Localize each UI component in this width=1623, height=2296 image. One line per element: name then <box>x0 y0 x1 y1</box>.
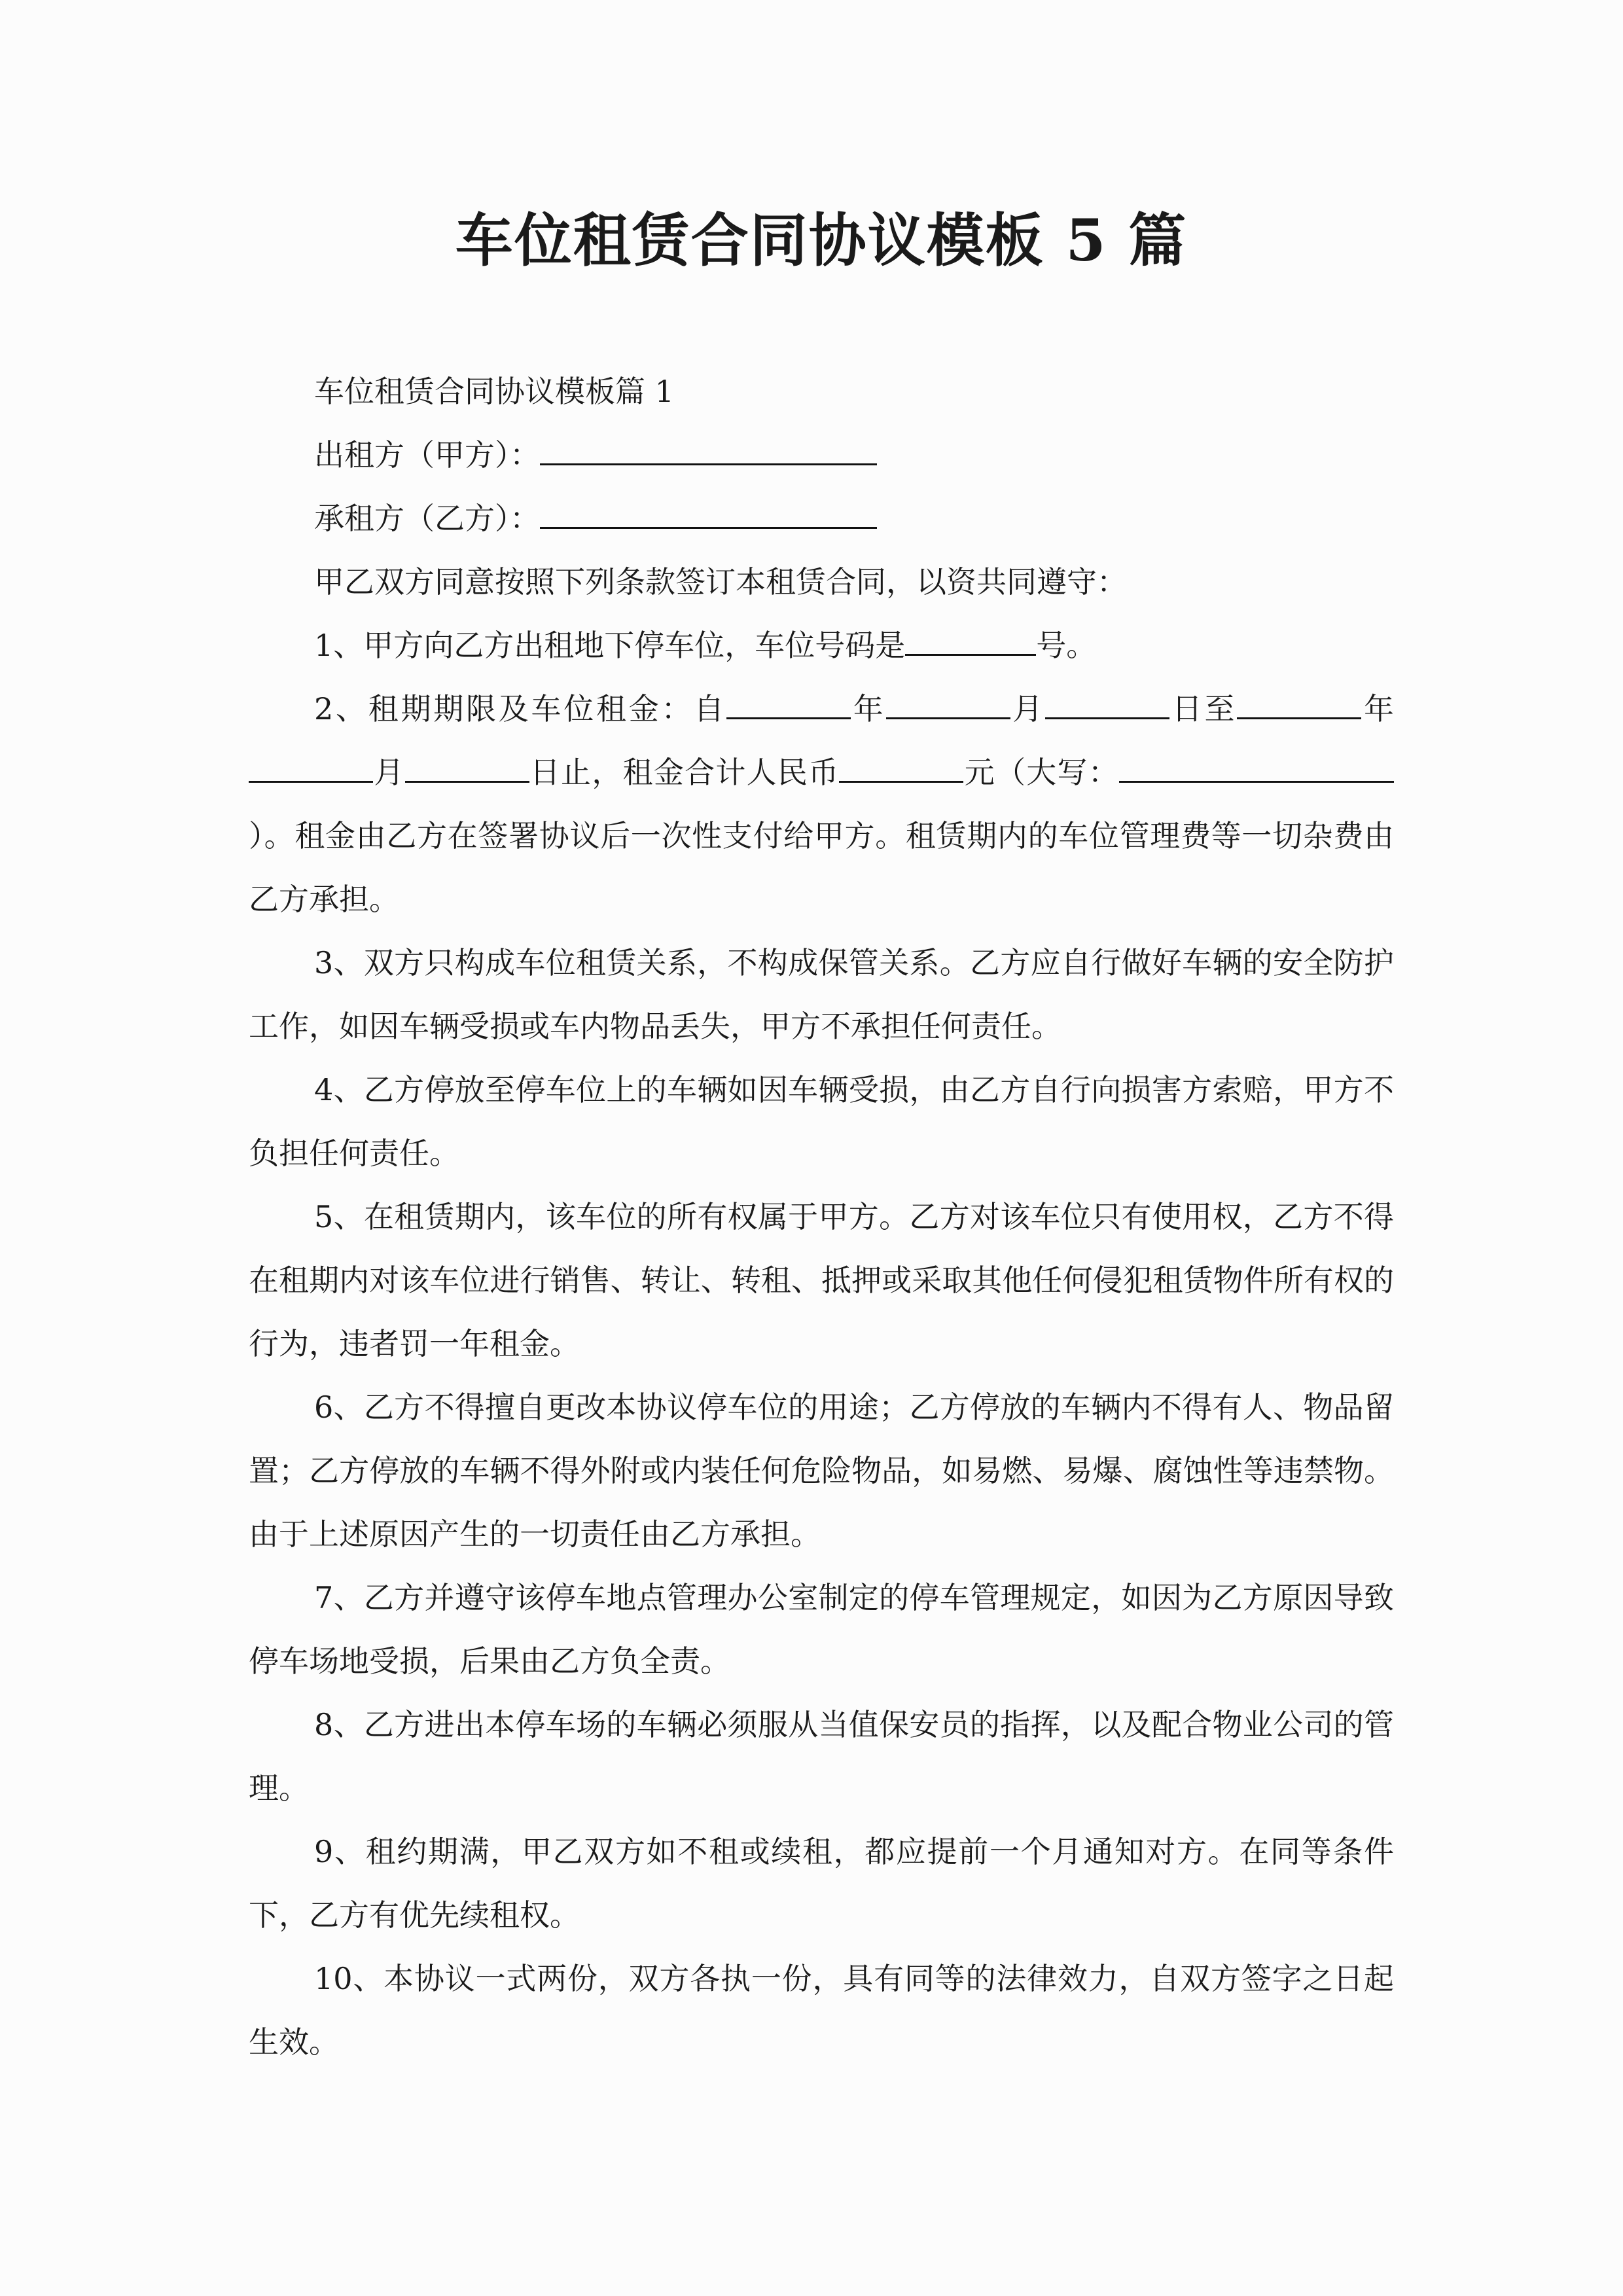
paragraph-text: 元（大写： <box>963 755 1119 790</box>
contract-paragraph: 6、乙方不得擅自更改本协议停车位的用途；乙方停放的车辆内不得有人、物品留置；乙方… <box>249 1376 1394 1566</box>
paragraph-text: 日止，租金合计人民币 <box>529 755 840 790</box>
section-heading: 车位租赁合同协议模板篇 1 <box>249 360 1394 423</box>
paragraph-text: 10、本协议一式两份，双方各执一份，具有同等的法律效力，自双方签字之日起生效。 <box>249 1961 1394 2060</box>
contract-paragraph: 出租方（甲方）： <box>249 423 1394 487</box>
paragraph-text: 5、在租赁期内，该车位的所有权属于甲方。乙方对该车位只有使用权，乙方不得在租期内… <box>249 1199 1394 1361</box>
contract-paragraph: 8、乙方进出本停车场的车辆必须服从当值保安员的指挥，以及配合物业公司的管理。 <box>249 1693 1394 1820</box>
paragraph-text: 日至 <box>1169 691 1237 726</box>
paragraph-text: 9、租约期满，甲乙双方如不租或续租，都应提前一个月通知对方。在同等条件下，乙方有… <box>249 1834 1394 1933</box>
paragraph-text: 4、乙方停放至停车位上的车辆如因车辆受损，由乙方自行向损害方索赔，甲方不负担任何… <box>249 1072 1394 1171</box>
fill-in-blank-line <box>839 776 963 783</box>
fill-in-blank-line <box>405 776 529 783</box>
paragraph-text: 号。 <box>1036 628 1096 663</box>
fill-in-blank-line <box>540 522 877 529</box>
fill-in-blank-line <box>905 649 1036 656</box>
contract-paragraph: 甲乙双方同意按照下列条款签订本租赁合同，以资共同遵守： <box>249 550 1394 614</box>
contract-paragraph: 承租方（乙方）： <box>249 487 1394 550</box>
fill-in-blank-line <box>886 712 1010 719</box>
fill-in-blank-line <box>1237 712 1361 719</box>
fill-in-blank-line <box>540 458 877 465</box>
contract-document-page: 车位租赁合同协议模板 5 篇 车位租赁合同协议模板篇 1 出租方（甲方）：承租方… <box>0 0 1623 2296</box>
paragraph-text: 8、乙方进出本停车场的车辆必须服从当值保安员的指挥，以及配合物业公司的管理。 <box>249 1707 1394 1806</box>
document-title: 车位租赁合同协议模板 5 篇 <box>249 206 1394 275</box>
paragraph-text: 1、甲方向乙方出租地下停车位，车位号码是 <box>314 628 905 663</box>
fill-in-blank-line <box>726 712 851 719</box>
contract-paragraph: 4、乙方停放至停车位上的车辆如因车辆受损，由乙方自行向损害方索赔，甲方不负担任何… <box>249 1058 1394 1185</box>
contract-paragraph: 1、甲方向乙方出租地下停车位，车位号码是号。 <box>249 614 1394 677</box>
paragraph-text: 甲乙双方同意按照下列条款签订本租赁合同，以资共同遵守： <box>314 564 1127 600</box>
document-body: 车位租赁合同协议模板篇 1 出租方（甲方）：承租方（乙方）：甲乙双方同意按照下列… <box>249 360 1394 2074</box>
paragraph-text: 承租方（乙方）： <box>314 501 540 536</box>
fill-in-blank-line <box>1119 776 1394 783</box>
paragraph-text: 2、租期期限及车位租金：自 <box>314 691 726 726</box>
paragraph-list: 出租方（甲方）：承租方（乙方）：甲乙双方同意按照下列条款签订本租赁合同，以资共同… <box>249 423 1394 2074</box>
paragraph-text: 月 <box>373 755 405 790</box>
paragraph-text: 年 <box>851 691 886 726</box>
contract-paragraph: 2、租期期限及车位租金：自年月日至年月日止，租金合计人民币元（大写：）。租金由乙… <box>249 677 1394 931</box>
paragraph-text: 年 <box>1361 691 1394 726</box>
fill-in-blank-line <box>1045 712 1169 719</box>
contract-paragraph: 7、乙方并遵守该停车地点管理办公室制定的停车管理规定，如因为乙方原因导致停车场地… <box>249 1566 1394 1693</box>
paragraph-text: 月 <box>1010 691 1046 726</box>
paragraph-text: 7、乙方并遵守该停车地点管理办公室制定的停车管理规定，如因为乙方原因导致停车场地… <box>249 1580 1394 1679</box>
fill-in-blank-line <box>249 776 373 783</box>
contract-paragraph: 3、双方只构成车位租赁关系，不构成保管关系。乙方应自行做好车辆的安全防护工作，如… <box>249 931 1394 1058</box>
contract-paragraph: 5、在租赁期内，该车位的所有权属于甲方。乙方对该车位只有使用权，乙方不得在租期内… <box>249 1185 1394 1376</box>
paragraph-text: 出租方（甲方）： <box>314 437 540 473</box>
contract-paragraph: 10、本协议一式两份，双方各执一份，具有同等的法律效力，自双方签字之日起生效。 <box>249 1947 1394 2074</box>
paragraph-text: ）。租金由乙方在签署协议后一次性支付给甲方。租赁期内的车位管理费等一切杂费由乙方… <box>249 818 1394 917</box>
paragraph-text: 3、双方只构成车位租赁关系，不构成保管关系。乙方应自行做好车辆的安全防护工作，如… <box>249 945 1394 1044</box>
paragraph-text: 6、乙方不得擅自更改本协议停车位的用途；乙方停放的车辆内不得有人、物品留置；乙方… <box>249 1390 1394 1552</box>
contract-paragraph: 9、租约期满，甲乙双方如不租或续租，都应提前一个月通知对方。在同等条件下，乙方有… <box>249 1820 1394 1947</box>
